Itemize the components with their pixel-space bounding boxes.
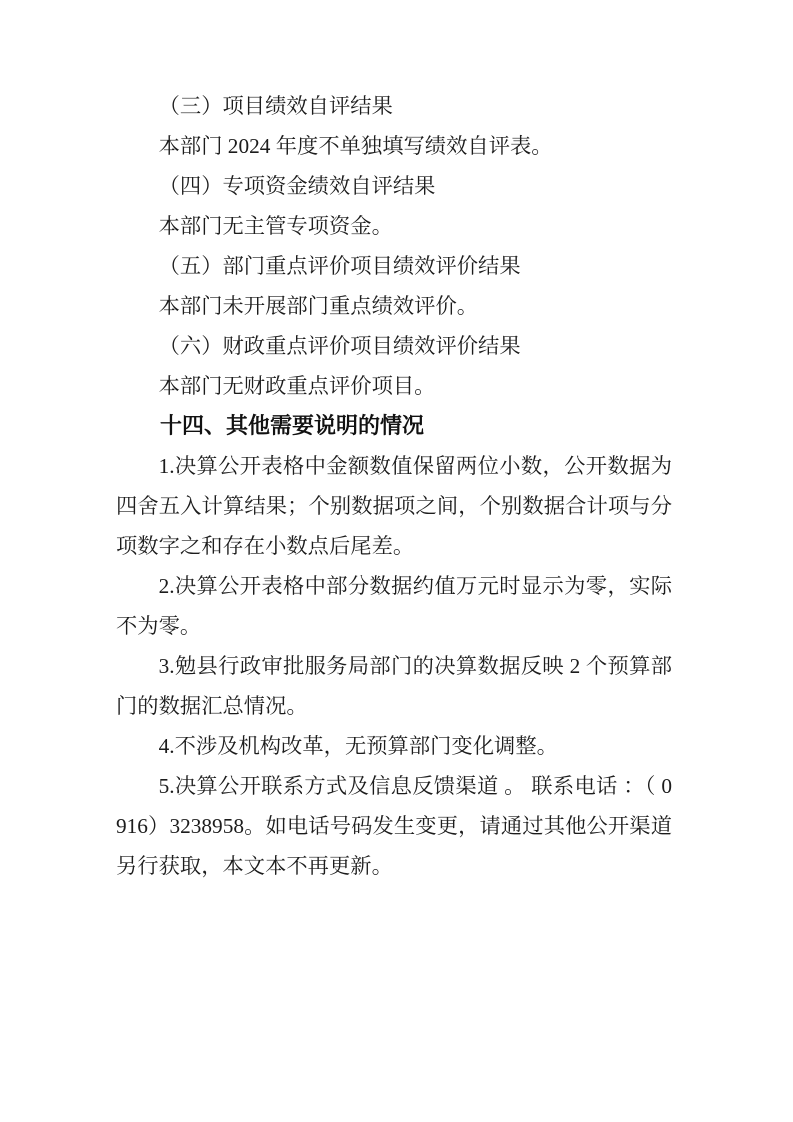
subsection-heading-5: （五）部门重点评价项目绩效评价结果 [116, 246, 672, 286]
subsection-heading-6: （六）财政重点评价项目绩效评价结果 [116, 326, 672, 366]
paragraph-finance-key-eval-note: 本部门无财政重点评价项目。 [116, 366, 672, 406]
subsection-heading-4: （四）专项资金绩效自评结果 [116, 166, 672, 206]
document-content: （三）项目绩效自评结果 本部门 2024 年度不单独填写绩效自评表。 （四）专项… [116, 86, 672, 886]
paragraph-note-1-rounding: 1.决算公开表格中金额数值保留两位小数，公开数据为四舍五入计算结果；个别数据项之… [116, 446, 672, 566]
paragraph-special-funds-note: 本部门无主管专项资金。 [116, 206, 672, 246]
subsection-heading-3: （三）项目绩效自评结果 [116, 86, 672, 126]
paragraph-note-2-zero-display: 2.决算公开表格中部分数据约值万元时显示为零，实际不为零。 [116, 566, 672, 646]
paragraph-performance-self-eval-note: 本部门 2024 年度不单独填写绩效自评表。 [116, 126, 672, 166]
document-page: （三）项目绩效自评结果 本部门 2024 年度不单独填写绩效自评表。 （四）专项… [0, 0, 793, 1122]
paragraph-dept-key-eval-note: 本部门未开展部门重点绩效评价。 [116, 286, 672, 326]
paragraph-note-5-contact-phone: 5.决算公开联系方式及信息反馈渠道 。 联系电话 ：（ 0916）3238958… [116, 766, 672, 886]
paragraph-note-3-budget-units: 3.勉县行政审批服务局部门的决算数据反映 2 个预算部门的数据汇总情况。 [116, 646, 672, 726]
paragraph-note-4-no-reform: 4.不涉及机构改革，无预算部门变化调整。 [116, 726, 672, 766]
section-heading-14: 十四、其他需要说明的情况 [116, 406, 672, 446]
